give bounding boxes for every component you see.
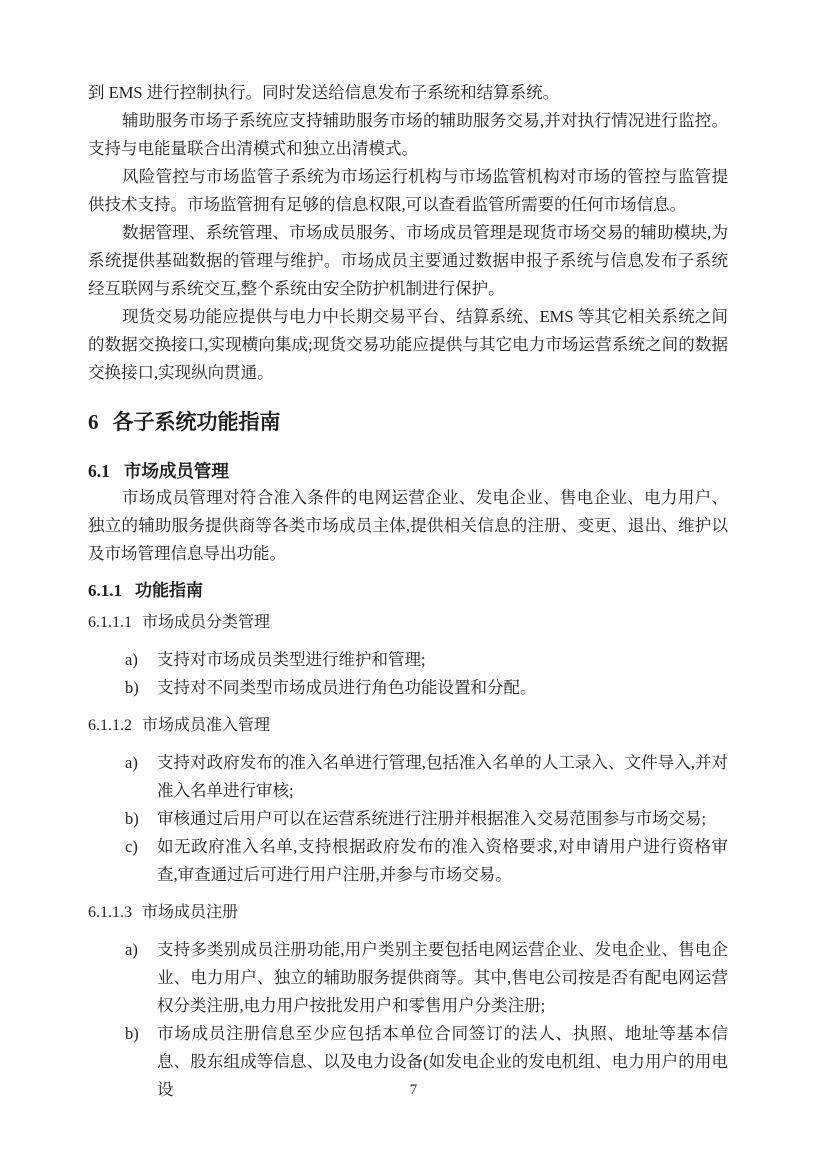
list-item-text: 支持对不同类型市场成员进行角色功能设置和分配。 xyxy=(157,678,537,697)
clause-list: a)支持对市场成员类型进行维护和管理; b)支持对不同类型市场成员进行角色功能设… xyxy=(88,646,728,702)
list-item-text: 审核通过后用户可以在运营系统进行注册并根据准入交易范围参与市场交易; xyxy=(157,809,706,828)
list-item-marker: a) xyxy=(125,936,138,964)
list-item: a)支持对市场成员类型进行维护和管理; xyxy=(88,646,728,674)
clause-title: 市场成员注册 xyxy=(142,904,238,921)
paragraph: 辅助服务市场子系统应支持辅助服务市场的辅助服务交易,并对执行情况进行监控。支持与… xyxy=(88,107,728,163)
paragraph: 现货交易功能应提供与电力中长期交易平台、结算系统、EMS 等其它相关系统之间的数… xyxy=(88,303,728,387)
section-title: 市场成员管理 xyxy=(124,461,229,481)
paragraph: 数据管理、系统管理、市场成员服务、市场成员管理是现货市场交易的辅助模块,为系统提… xyxy=(88,219,728,303)
clause-list: a)支持对政府发布的准入名单进行管理,包括准入名单的人工录入、文件导入,并对准入… xyxy=(88,749,728,889)
list-item: b)支持对不同类型市场成员进行角色功能设置和分配。 xyxy=(88,674,728,702)
page-number: 7 xyxy=(0,1082,827,1099)
list-item-text: 支持多类别成员注册功能,用户类别主要包括电网运营企业、发电企业、售电企业、电力用… xyxy=(157,940,728,1015)
list-item: c)如无政府准入名单,支持根据政府发布的准入资格要求,对申请用户进行资格审查,审… xyxy=(88,833,728,889)
list-item-marker: a) xyxy=(125,749,138,777)
clause-heading: 6.1.1.3市场成员注册 xyxy=(88,900,728,926)
section-heading: 6.1市场成员管理 xyxy=(88,458,728,484)
clause-list: a)支持多类别成员注册功能,用户类别主要包括电网运营企业、发电企业、售电企业、电… xyxy=(88,936,728,1104)
paragraph: 到 EMS 进行控制执行。同时发送给信息发布子系统和结算系统。 xyxy=(88,79,728,107)
clause-title: 市场成员分类管理 xyxy=(142,614,270,631)
list-item: a)支持对政府发布的准入名单进行管理,包括准入名单的人工录入、文件导入,并对准入… xyxy=(88,749,728,805)
list-item-marker: b) xyxy=(125,674,139,702)
list-item-marker: a) xyxy=(125,646,138,674)
clause-number: 6.1.1.2 xyxy=(88,717,132,734)
list-item-text: 如无政府准入名单,支持根据政府发布的准入资格要求,对申请用户进行资格审查,审查通… xyxy=(157,837,728,884)
subsection-title: 功能指南 xyxy=(135,581,203,600)
list-item-marker: b) xyxy=(125,805,139,833)
subsection-heading: 6.1.1功能指南 xyxy=(88,578,728,604)
paragraph: 风险管控与市场监管子系统为市场运行机构与市场监管机构对市场的管控与监管提供技术支… xyxy=(88,163,728,219)
list-item-marker: b) xyxy=(125,1020,139,1048)
clause-number: 6.1.1.3 xyxy=(88,904,132,921)
list-item-text: 支持对市场成员类型进行维护和管理; xyxy=(157,650,426,669)
page-content: 到 EMS 进行控制执行。同时发送给信息发布子系统和结算系统。 辅助服务市场子系… xyxy=(88,79,728,1104)
list-item: b)审核通过后用户可以在运营系统进行注册并根据准入交易范围参与市场交易; xyxy=(88,805,728,833)
list-item: a)支持多类别成员注册功能,用户类别主要包括电网运营企业、发电企业、售电企业、电… xyxy=(88,936,728,1020)
chapter-heading: 6各子系统功能指南 xyxy=(88,407,728,438)
chapter-title: 各子系统功能指南 xyxy=(113,411,281,434)
clause-title: 市场成员准入管理 xyxy=(142,717,270,734)
clause-number: 6.1.1.1 xyxy=(88,614,132,631)
clause-heading: 6.1.1.1市场成员分类管理 xyxy=(88,610,728,636)
section-number: 6.1 xyxy=(88,461,110,481)
document-page: 到 EMS 进行控制执行。同时发送给信息发布子系统和结算系统。 辅助服务市场子系… xyxy=(0,0,827,1169)
clause-heading: 6.1.1.2市场成员准入管理 xyxy=(88,713,728,739)
list-item-marker: c) xyxy=(125,833,138,861)
subsection-number: 6.1.1 xyxy=(88,581,122,600)
chapter-number: 6 xyxy=(88,410,99,434)
list-item-text: 支持对政府发布的准入名单进行管理,包括准入名单的人工录入、文件导入,并对准入名单… xyxy=(157,753,728,800)
paragraph: 市场成员管理对符合准入条件的电网运营企业、发电企业、售电企业、电力用户、独立的辅… xyxy=(88,484,728,568)
